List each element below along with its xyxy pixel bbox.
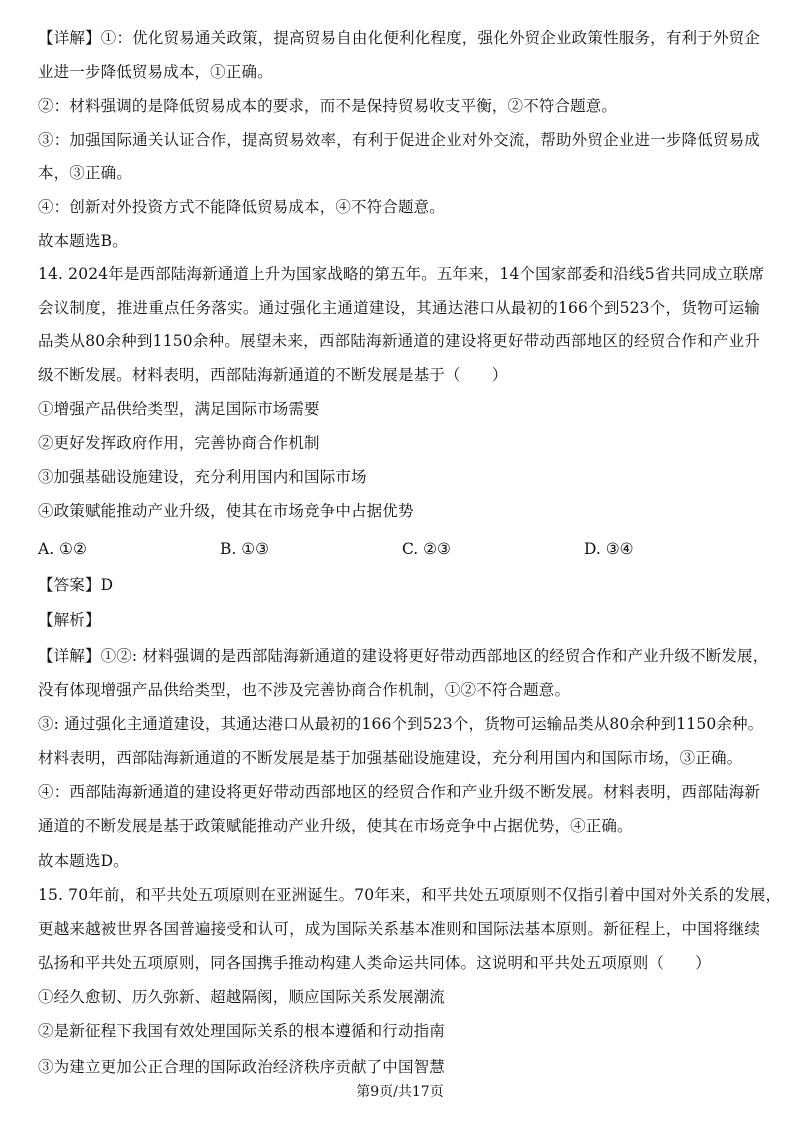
- q14-stem-line: 14. 2024年是西部陆海新通道上升为国家战略的第五年。五年来，14个国家部委…: [38, 264, 760, 284]
- q13-explanation-line: 【详解】①：优化贸易通关政策，提高贸易自由化便利化程度，强化外贸企业政策性服务，…: [38, 28, 760, 48]
- q14-explanation-line: 通道的不断发展是基于政策赋能推动产业升级，使其在市场竞争中占据优势，④正确。: [38, 816, 633, 836]
- q14-statement-1: ①增强产品供给类型，满足国际市场需要: [38, 399, 320, 419]
- q14-conclusion: 故本题选D。: [38, 851, 129, 871]
- q15-stem-line: 更越来越被世界各国普遍接受和认可，成为国际关系基本准则和国际法基本原则。新征程上…: [38, 919, 760, 939]
- q14-answer: 【答案】D: [38, 575, 113, 595]
- q15-stem-line: 15. 70年前，和平共处五项原则在亚洲诞生。70年来，和平共处五项原则不仅指引…: [38, 885, 760, 905]
- q13-explanation-line: ③：加强国际通关认证合作，提高贸易效率，有利于促进企业对外交流，帮助外贸企业进一…: [38, 130, 760, 150]
- q14-stem-line: 会议制度，推进重点任务落实。通过强化主通道建设，其通达港口从最初的166个到52…: [38, 298, 760, 318]
- q14-stem-line: 级不断发展。材料表明，西部陆海新通道的不断发展是基于（ ）: [38, 365, 508, 385]
- q15-statement-3: ③为建立更加公正合理的国际政治经济秩序贡献了中国智慧: [38, 1057, 445, 1077]
- q14-option-b: B. ①③: [220, 539, 269, 559]
- q14-option-d: D. ③④: [584, 539, 634, 559]
- q14-explanation-line: 【详解】①②: 材料强调的是西部陆海新通道的建设将更好带动西部地区的经贸合作和产…: [38, 646, 760, 666]
- q14-analysis-heading: 【解析】: [38, 610, 101, 630]
- q14-explanation-line: 材料表明，西部陆海新通道的不断发展是基于加强基础设施建设，充分利用国内和国际市场…: [38, 748, 742, 768]
- q14-explanation-line: ③: 通过强化主通道建设，其通达港口从最初的166个到523个，货物可运输品类从…: [38, 714, 760, 734]
- q14-option-a: A. ①②: [38, 539, 87, 559]
- q14-stem-line: 品类从80余种到1150余种。展望未来，西部陆海新通道的建设将更好带动西部地区的…: [38, 331, 760, 351]
- q14-statement-2: ②更好发挥政府作用，完善协商合作机制: [38, 433, 320, 453]
- q13-explanation-line: 本，③正确。: [38, 163, 132, 183]
- q13-conclusion: 故本题选B。: [38, 231, 128, 251]
- q14-statement-3: ③加强基础设施建设，充分利用国内和国际市场: [38, 467, 367, 487]
- q13-explanation-line: ②：材料强调的是降低贸易成本的要求，而不是保持贸易收支平衡，②不符合题意。: [38, 96, 617, 116]
- q14-statement-4: ④政策赋能推动产业升级，使其在市场竞争中占据优势: [38, 501, 414, 521]
- q14-option-c: C. ②③: [402, 539, 451, 559]
- q15-statement-1: ①经久愈韧、历久弥新、超越隔阂，顺应国际关系发展潮流: [38, 987, 445, 1007]
- page-number: 第9页/共17页: [0, 1083, 800, 1101]
- q13-explanation-line: 业进一步降低贸易成本，①正确。: [38, 62, 273, 82]
- q15-stem-line: 弘扬和平共处五项原则，同各国携手推动构建人类命运共同体。这说明和平共处五项原则（…: [38, 953, 711, 973]
- q14-explanation-line: 没有体现增强产品供给类型，也不涉及完善协商合作机制，①②不符合题意。: [38, 680, 570, 700]
- q14-explanation-line: ④：西部陆海新通道的建设将更好带动西部地区的经贸合作和产业升级不断发展。材料表明…: [38, 782, 760, 802]
- q15-statement-2: ②是新征程下我国有效处理国际关系的根本遵循和行动指南: [38, 1021, 445, 1041]
- q13-explanation-line: ④：创新对外投资方式不能降低贸易成本，④不符合题意。: [38, 197, 445, 217]
